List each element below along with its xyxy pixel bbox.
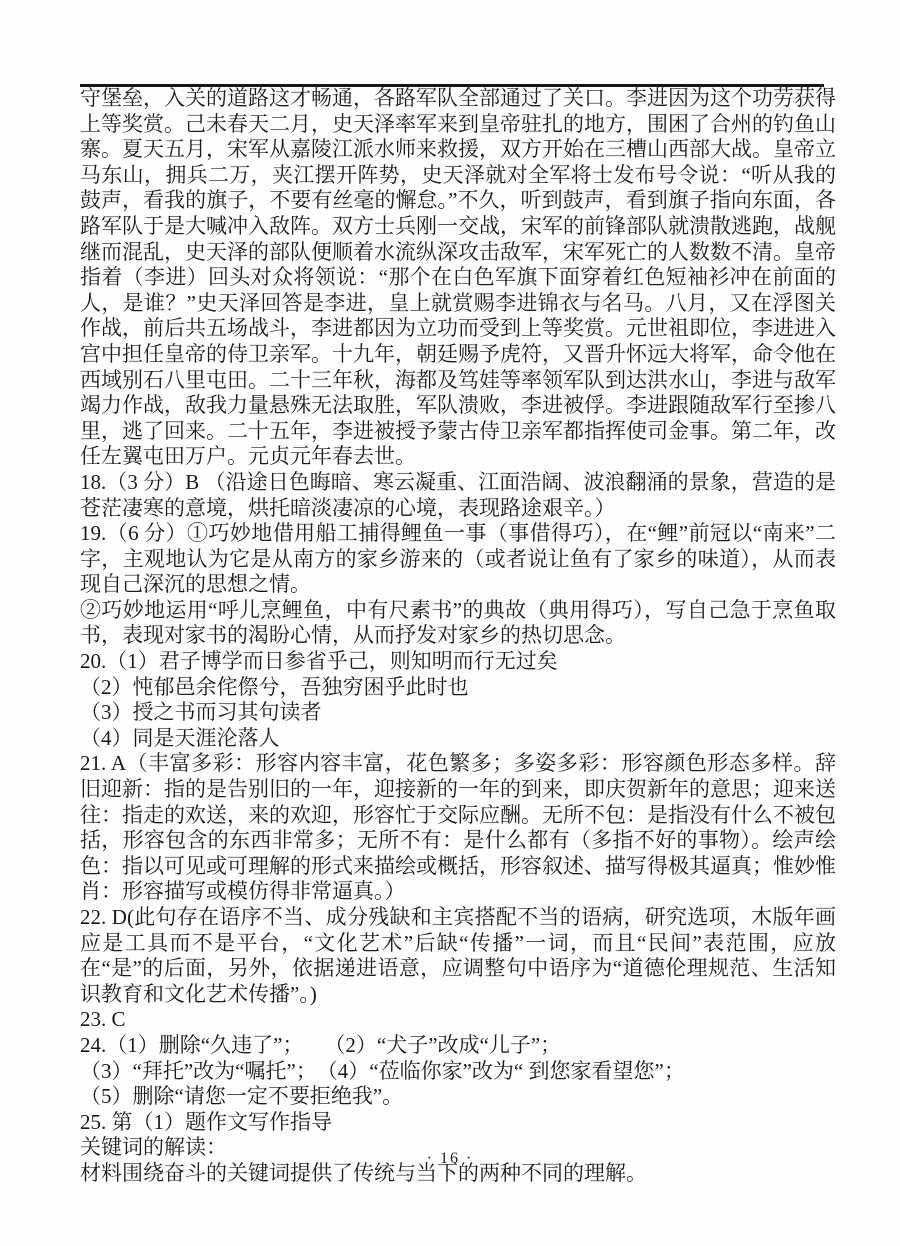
answer-item-25-heading: 25. 第（1）题作文写作指导 — [80, 1110, 836, 1136]
page-number: · 16 · — [0, 1150, 900, 1168]
answer-item-19-part2: ②巧妙地运用“呼儿烹鲤鱼，中有尺素书”的典故（典用得巧），写自己急于烹鱼取书，表… — [80, 598, 836, 649]
answer-key-content: 守堡垒，入关的道路这才畅通，各路军队全部通过了关口。李进因为这个功劳获得上等奖赏… — [80, 86, 836, 1187]
answer-item-23: 23. C — [80, 1007, 836, 1033]
answer-item-19-part1: 19.（6 分）①巧妙地借用船工捕得鲤鱼一事（事借得巧），在“鲤”前冠以“南来”… — [80, 521, 836, 598]
answer-item-22: 22. D(此句存在语序不当、成分残缺和主宾搭配不当的语病，研究选项，木版年画应… — [80, 905, 836, 1007]
answer-item-24-line3: （5）删除“请您一定不要拒绝我”。 — [80, 1084, 836, 1110]
document-page: 守堡垒，入关的道路这才畅通，各路军队全部通过了关口。李进因为这个功劳获得上等奖赏… — [0, 0, 900, 1246]
answer-item-20-line4: （4）同是天涯沦落人 — [80, 726, 836, 752]
answer-item-20-line1: 20.（1）君子博学而日参省乎己，则知明而行无过矣 — [80, 649, 836, 675]
answer-item-18: 18.（3 分）B （沿途日色晦暗、寒云凝重、江面浩阔、波浪翻涌的景象，营造的是… — [80, 470, 836, 521]
answer-item-24-line1: 24.（1）删除“久违了”； （2）“犬子”改成“儿子”； — [80, 1033, 836, 1059]
answer-item-24-line2: （3）“拜托”改为“嘱托”； （4）“莅临你家”改为“ 到您家看望您”； — [80, 1059, 836, 1085]
answer-item-20-line2: （2）忳郁邑余侘傺兮，吾独穷困乎此时也 — [80, 675, 836, 701]
translation-paragraph: 守堡垒，入关的道路这才畅通，各路军队全部通过了关口。李进因为这个功劳获得上等奖赏… — [80, 86, 836, 470]
answer-item-20-line3: （3）授之书而习其句读者 — [80, 700, 836, 726]
answer-item-21: 21. A（丰富多彩：形容内容丰富，花色繁多；多姿多彩：形容颜色形态多样。辞旧迎… — [80, 751, 836, 905]
